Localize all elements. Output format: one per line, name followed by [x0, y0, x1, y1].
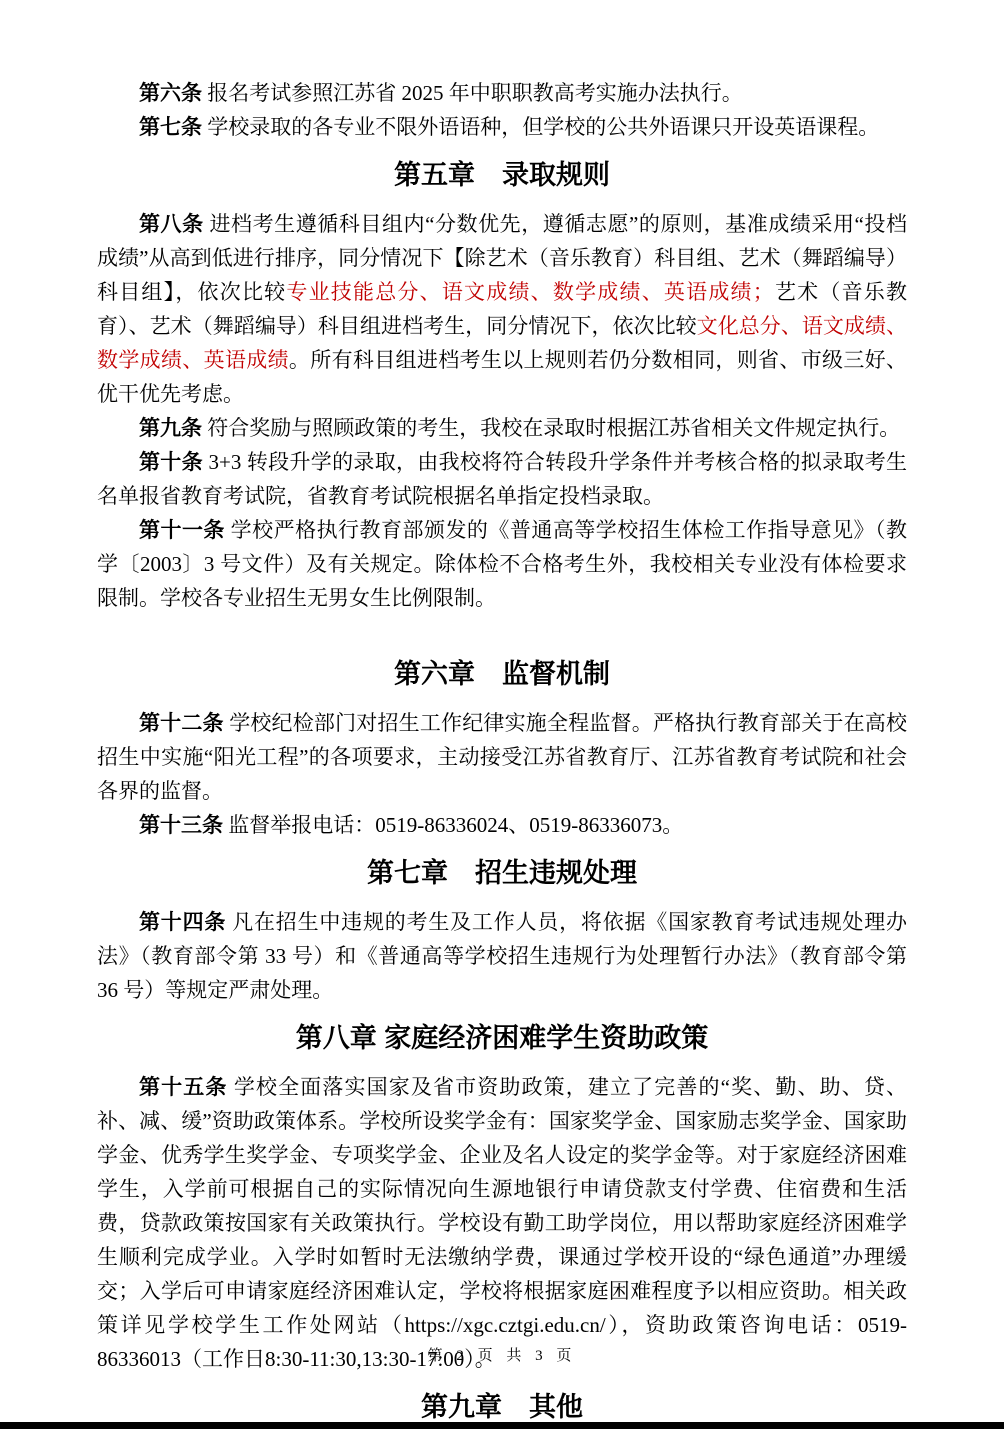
- text-run: 3+3 转段升学的录取，由我校将符合转段升学条件并考核合格的拟录取考生名单报省教…: [97, 450, 907, 508]
- paragraph: 第十四条 凡在招生中违规的考生及工作人员，将依据《国家教育考试违规处理办法》（教…: [97, 905, 907, 1007]
- chapter-heading: 第九章 其他: [97, 1388, 907, 1426]
- article-number: 第九条: [139, 416, 202, 440]
- article-number: 第八条: [139, 212, 204, 236]
- paragraph: 第十条 3+3 转段升学的录取，由我校将符合转段升学条件并考核合格的拟录取考生名…: [97, 445, 907, 513]
- chapter-heading: 第六章 监督机制: [97, 655, 907, 693]
- chapter-heading: 第五章 录取规则: [97, 156, 907, 194]
- paragraph: 第九条 符合奖励与照顾政策的考生，我校在录取时根据江苏省相关文件规定执行。: [97, 411, 907, 445]
- article-number: 第十三条: [139, 813, 223, 837]
- text-run: 监督举报电话：0519-86336024、0519-86336073。: [223, 813, 683, 837]
- article-number: 第十四条: [139, 910, 226, 934]
- chapter-heading: 第八章 家庭经济困难学生资助政策: [97, 1019, 907, 1057]
- paragraph: 第七条 学校录取的各专业不限外语语种，但学校的公共外语课只开设英语课程。: [97, 110, 907, 144]
- paragraph: 第六条 报名考试参照江苏省 2025 年中职职教高考实施办法执行。: [97, 76, 907, 110]
- paragraph: 第十五条 学校全面落实国家及省市资助政策，建立了完善的“奖、勤、助、贷、补、减、…: [97, 1070, 907, 1376]
- emphasis-text-run: 专业技能总分、语文成绩、数学成绩、英语成绩；: [286, 280, 773, 304]
- text-run: 学校全面落实国家及省市资助政策，建立了完善的“奖、勤、助、贷、补、减、缓”资助政…: [97, 1075, 907, 1371]
- document-body: 第六条 报名考试参照江苏省 2025 年中职职教高考实施办法执行。第七条 学校录…: [0, 0, 1004, 1426]
- article-number: 第六条: [139, 81, 202, 105]
- text-run: 学校录取的各专业不限外语语种，但学校的公共外语课只开设英语课程。: [202, 115, 879, 139]
- paragraph: 第十三条 监督举报电话：0519-86336024、0519-86336073。: [97, 808, 907, 842]
- paragraph: 第十二条 学校纪检部门对招生工作纪律实施全程监督。严格执行教育部关于在高校招生中…: [97, 706, 907, 808]
- article-number: 第十五条: [139, 1075, 228, 1099]
- text-run: 符合奖励与照顾政策的考生，我校在录取时根据江苏省相关文件规定执行。: [202, 416, 900, 440]
- page-footer: 第 2 页 共 3 页: [0, 1344, 1004, 1365]
- blank-line: [97, 615, 907, 643]
- chapter-heading: 第七章 招生违规处理: [97, 854, 907, 892]
- page-bottom-edge: [0, 1422, 1004, 1429]
- paragraph: 第十一条 学校严格执行教育部颁发的《普通高等学校招生体检工作指导意见》（教学〔2…: [97, 513, 907, 615]
- article-number: 第七条: [139, 115, 202, 139]
- article-number: 第十一条: [139, 518, 225, 542]
- text-run: 报名考试参照江苏省 2025 年中职职教高考实施办法执行。: [202, 81, 743, 105]
- document-page: 第六条 报名考试参照江苏省 2025 年中职职教高考实施办法执行。第七条 学校录…: [0, 0, 1004, 1429]
- paragraph: 第八条 进档考生遵循科目组内“分数优先，遵循志愿”的原则，基准成绩采用“投档成绩…: [97, 207, 907, 411]
- article-number: 第十条: [139, 450, 203, 474]
- article-number: 第十二条: [139, 711, 224, 735]
